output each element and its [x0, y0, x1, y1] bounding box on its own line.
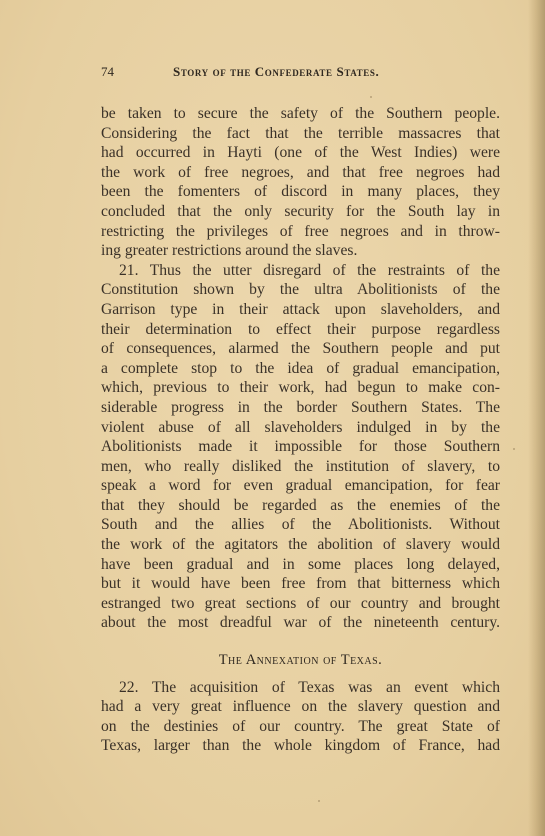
text-line: which, previous to their work, had begun…	[101, 378, 500, 398]
text-line: be taken to secure the safety of the Sou…	[101, 104, 500, 124]
paragraph-22: 22. The acquisition of Texas was an even…	[101, 678, 500, 756]
page-number: 74	[101, 64, 114, 80]
text-line: speak a word for even gradual emancipati…	[101, 476, 500, 496]
text-line: men, who really disliked the institution…	[101, 457, 500, 477]
text-line: had a very great influence on the slaver…	[101, 697, 500, 717]
section-heading: The Annexation of Texas.	[101, 651, 500, 671]
text-line: the work of free negroes, and that free …	[101, 163, 500, 183]
text-line: concluded that the only security for the…	[101, 202, 500, 222]
text-line: ing greater restrictions around the slav…	[101, 241, 500, 261]
text-line: on the destinies of our country. The gre…	[101, 717, 500, 737]
paper-speck	[318, 800, 320, 802]
text-line: Garrison type in their attack upon slave…	[101, 300, 500, 320]
text-line: have been gradual and in some places lon…	[101, 555, 500, 575]
running-title: Story of the Confederate States.	[173, 64, 379, 80]
text-line: Abolitionists made it impossible for tho…	[101, 437, 500, 457]
paper-speck	[513, 448, 515, 450]
paragraph-21: 21. Thus the utter disregard of the rest…	[101, 261, 500, 633]
text-line: siderable progress in the border Souther…	[101, 398, 500, 418]
text-line: Constitution shown by the ultra Abolitio…	[101, 280, 500, 300]
book-page: 74 Story of the Confederate States. be t…	[0, 0, 545, 836]
text-line: 22. The acquisition of Texas was an even…	[101, 678, 500, 698]
text-line: about the most dreadful war of the ninet…	[101, 613, 500, 633]
running-head: 74 Story of the Confederate States.	[101, 64, 501, 82]
text-line: Texas, larger than the whole kingdom of …	[101, 736, 500, 756]
text-line: but it would have been free from that bi…	[101, 574, 500, 594]
paper-speck	[370, 96, 372, 98]
text-line: their determination to effect their purp…	[101, 320, 500, 340]
text-line: estranged two great sections of our coun…	[101, 594, 500, 614]
text-line: restricting the privileges of free negro…	[101, 222, 500, 242]
body-text: be taken to secure the safety of the Sou…	[101, 104, 500, 756]
paragraph-continuation: be taken to secure the safety of the Sou…	[101, 104, 500, 261]
text-line: had occurred in Hayti (one of the West I…	[101, 143, 500, 163]
text-line: 21. Thus the utter disregard of the rest…	[101, 261, 500, 281]
text-line: South and the allies of the Abolitionist…	[101, 515, 500, 535]
text-line: the work of the agitators the abolition …	[101, 535, 500, 555]
text-line: of consequences, alarmed the Southern pe…	[101, 339, 500, 359]
text-line: been the fomenters of discord in many pl…	[101, 182, 500, 202]
text-line: that they should be regarded as the enem…	[101, 496, 500, 516]
text-line: violent abuse of all slaveholders indulg…	[101, 418, 500, 438]
text-line: a complete stop to the idea of gradual e…	[101, 359, 500, 379]
text-line: Considering the fact that the terrible m…	[101, 124, 500, 144]
